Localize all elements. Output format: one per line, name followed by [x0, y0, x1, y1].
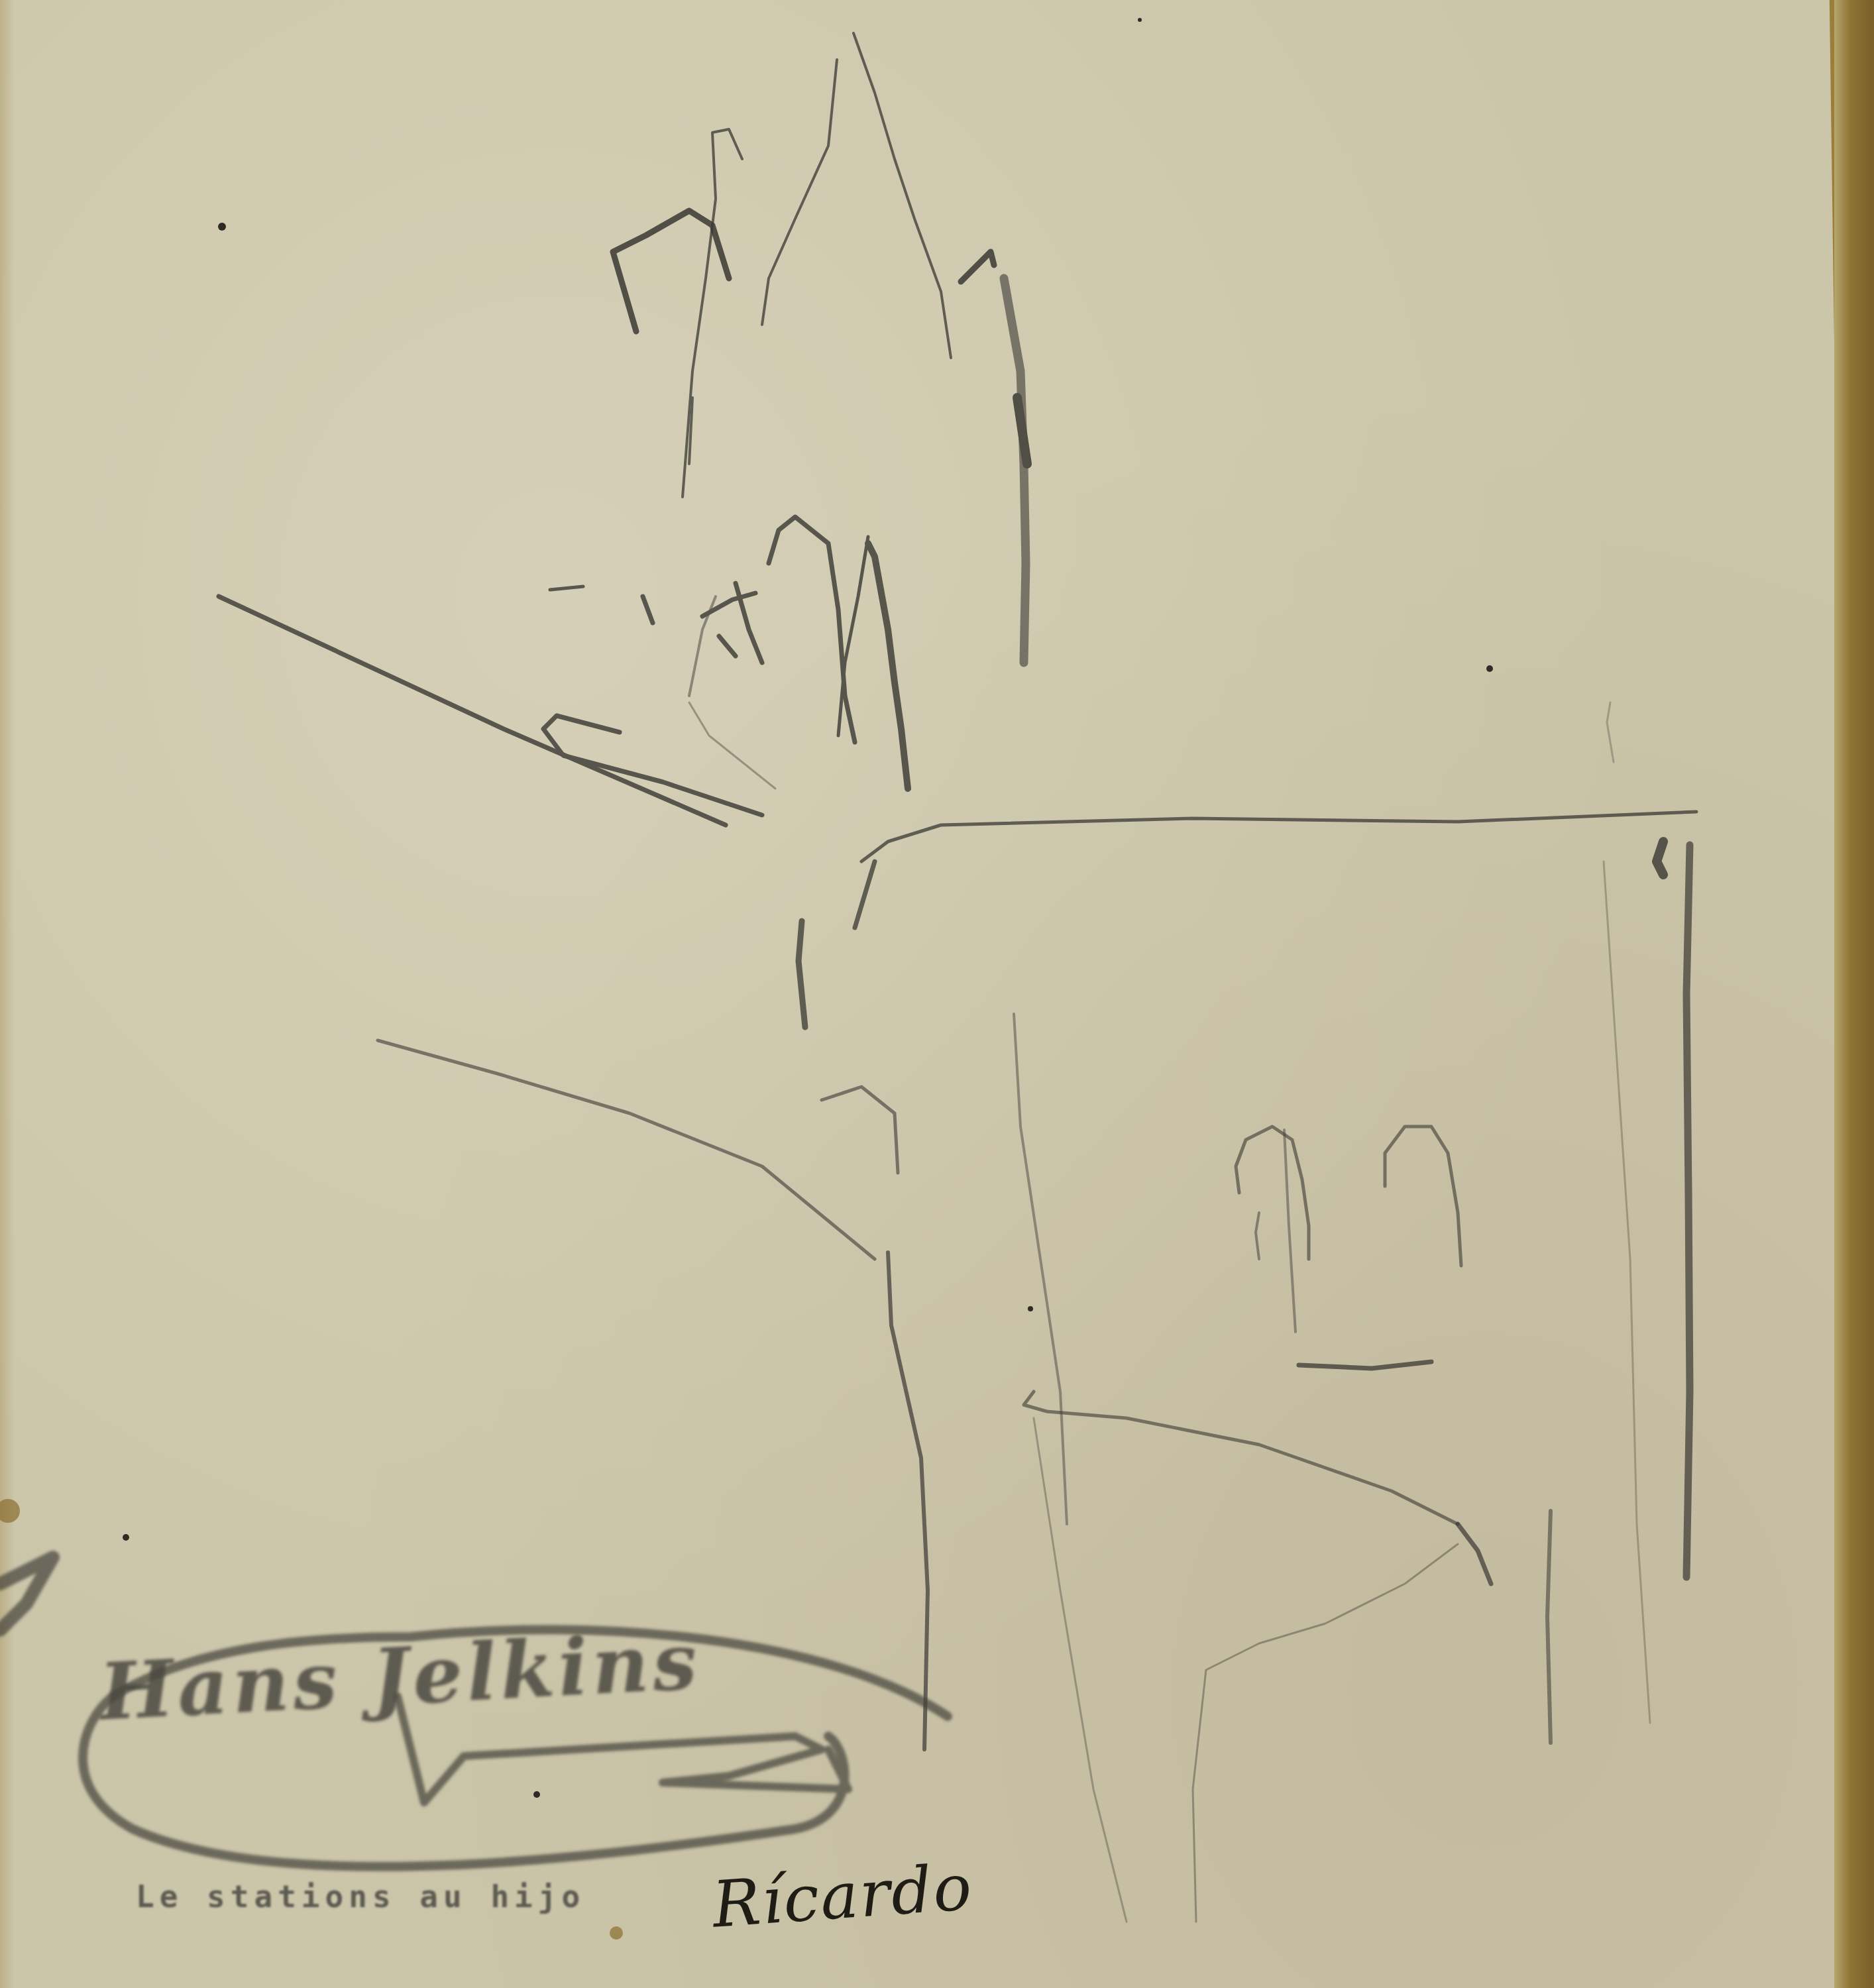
printed-caption: Le stations au hijo: [136, 1879, 585, 1914]
tower-base-sketch: [219, 517, 908, 825]
building-facade-sketch: [378, 702, 1696, 1922]
paper-specks: [123, 18, 1493, 1798]
